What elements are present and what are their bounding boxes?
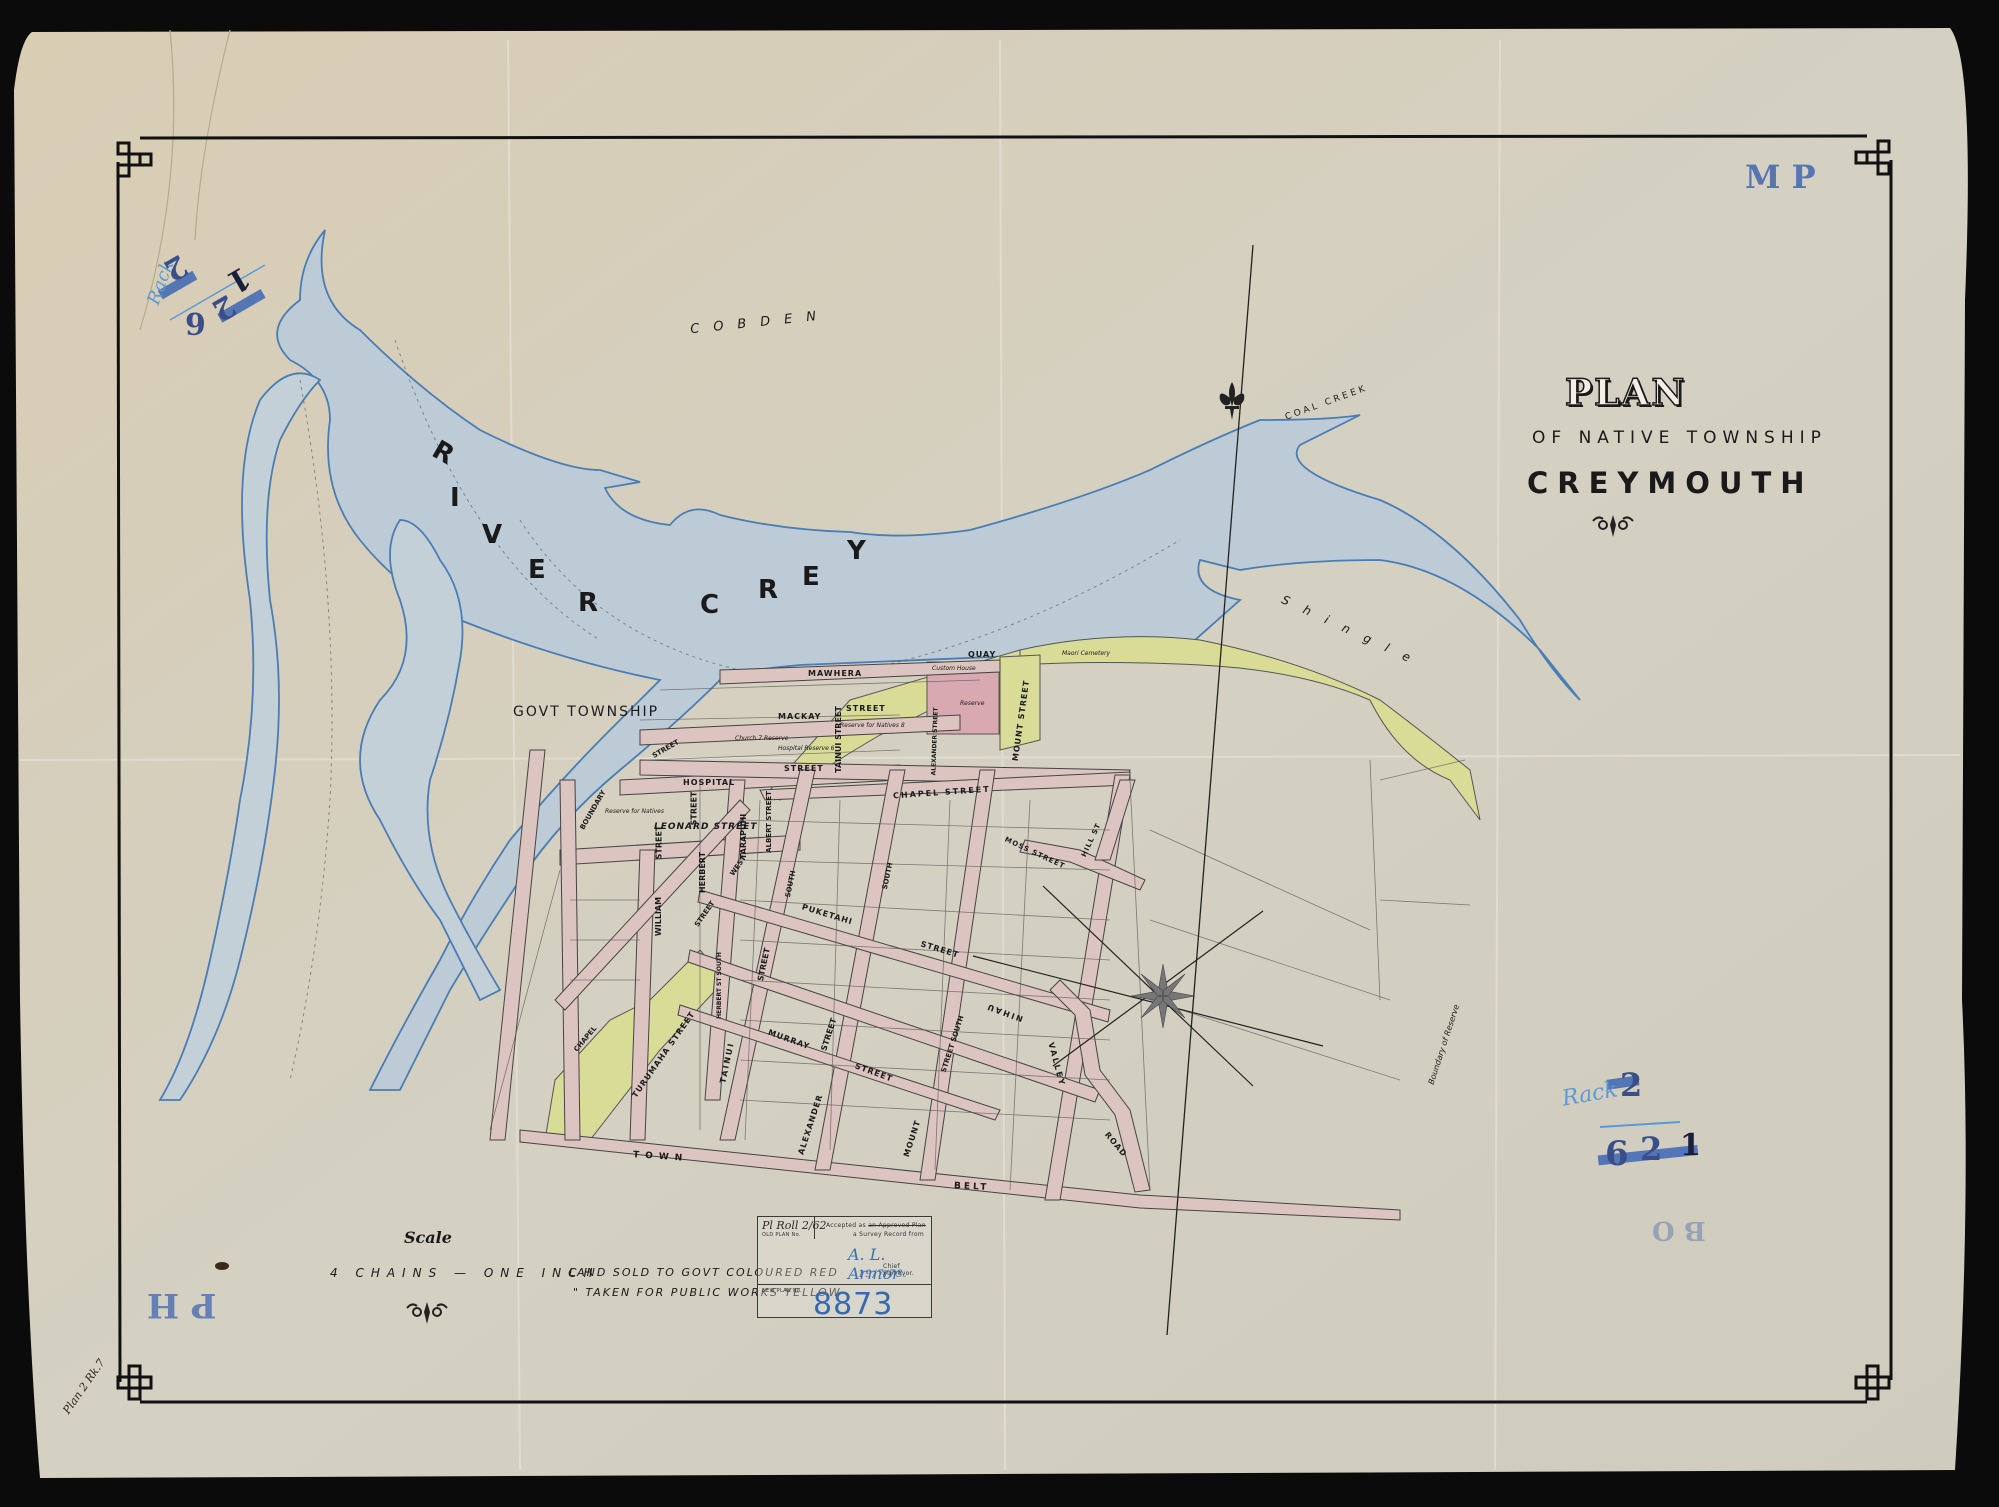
street-label-hospital-street: STREET — [784, 764, 824, 773]
plan-title: PLAN — [1565, 372, 1686, 414]
street-label-william: WILLIAM — [654, 897, 663, 936]
scale-text: 4 CHAINS — ONE INCH — [330, 1266, 600, 1280]
river-letter: E — [802, 562, 820, 592]
street-label-herbert-street: STREET — [689, 792, 698, 826]
street-label-quay: QUAY — [968, 650, 996, 659]
river-letter: V — [482, 520, 502, 550]
reserve-natives: Reserve for Natives 8 — [840, 722, 905, 729]
river-letter: Y — [847, 536, 866, 566]
scale-heading: Scale — [404, 1228, 452, 1247]
street-label-tainui: TAINUI STREET — [834, 706, 843, 773]
stamp-mark-top-right: M P — [1745, 158, 1816, 196]
street-label-leonard: LEONARD STREET — [654, 822, 758, 832]
river-letter: I — [450, 483, 460, 513]
street-label-albert: ALBERT STREET — [765, 791, 773, 853]
stamp-mark-bottom-left: P H — [147, 1285, 217, 1325]
old-plan-label: OLD PLAN No. — [762, 1232, 801, 1238]
river-letter: E — [528, 555, 546, 585]
reserve-custom-house: Custom House — [932, 665, 976, 672]
plan-record-stamp: Pl Roll 2/62 OLD PLAN No. Accepted as an… — [757, 1216, 932, 1318]
reserve-church: Church 7 Reserve — [735, 735, 788, 742]
new-plan-number: 8873 — [813, 1287, 893, 1322]
rack-digit: 2 — [1640, 1130, 1662, 1168]
street-label-william-street: STREET — [654, 826, 663, 860]
paper-sheet — [14, 28, 1968, 1478]
rack-digit: 1 — [1680, 1128, 1701, 1163]
map-canvas: PLAN OF NATIVE TOWNSHIP CREYMOUTH COBDEN… — [0, 0, 1999, 1507]
rack-digit: 6 — [185, 305, 206, 340]
place-title: CREYMOUTH — [1527, 466, 1814, 500]
river-letter: R — [578, 588, 598, 618]
river-letter: C — [700, 590, 719, 620]
street-label-tarapuhi: TARAPUHI — [739, 814, 748, 859]
reserve-general: Reserve — [960, 700, 984, 707]
street-label-mackay-street: STREET — [846, 704, 886, 713]
reserve-hospital: Hospital Reserve 6 — [778, 745, 835, 752]
acceptance-date: 19/7/73. — [858, 1269, 908, 1280]
rack-digit: 6 — [1605, 1134, 1629, 1174]
reserve-cemetery: Maori Cemetery — [1062, 650, 1110, 657]
street-label-herbert: HERBERT — [698, 852, 707, 893]
accepted-line2: a Survey Record from — [853, 1231, 924, 1238]
plan-subtitle: OF NATIVE TOWNSHIP — [1532, 428, 1827, 448]
street-label-herbert-south: HERBERT ST SOUTH — [716, 952, 723, 1019]
map-artwork — [0, 0, 1999, 1507]
govt-township-label: GOVT TOWNSHIP — [513, 704, 659, 720]
accepted-line1: Accepted as an Approved Plan — [826, 1222, 926, 1229]
street-label-belt: BELT — [954, 1181, 990, 1193]
rack-number-top-right: 2 — [1620, 1066, 1642, 1104]
new-plan-label: NEW PLAN No. — [762, 1288, 802, 1294]
river-letter: R — [758, 575, 778, 605]
faded-mark-bottom-right: B O — [1652, 1215, 1706, 1245]
street-label-mawhera: MAWHERA — [808, 669, 862, 678]
old-plan-handwritten: Pl Roll 2/62 — [762, 1219, 827, 1232]
street-label-hospital: HOSPITAL — [683, 778, 735, 787]
reserve-natives-west: Reserve for Natives — [605, 808, 664, 815]
street-label-mackay: MACKAY — [778, 712, 821, 721]
